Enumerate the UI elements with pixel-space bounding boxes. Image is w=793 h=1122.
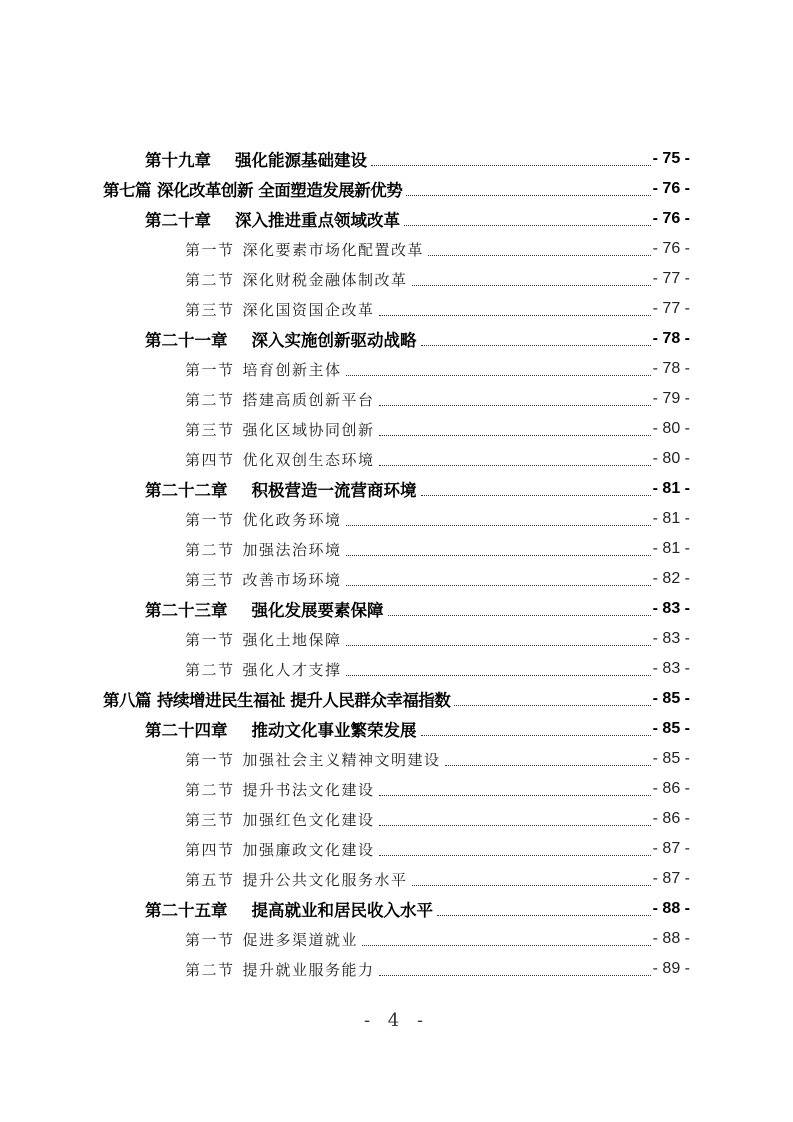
toc-entry-page: - 88 - (653, 930, 690, 948)
toc-entry-title: 第三节改善市场环境 (185, 569, 344, 590)
toc-entry-title: 第二十一章深入实施创新驱动战略 (145, 327, 419, 351)
toc-entry-title: 第一节培育创新主体 (185, 359, 344, 380)
dot-leader (445, 764, 651, 766)
toc-entry-title: 第二节搭建高质创新平台 (185, 389, 377, 410)
toc-entry-title: 第八篇持续增进民生福祉 提升人民群众幸福指数 (103, 687, 452, 711)
toc-entry[interactable]: 第二节强化人才支撑- 83 - (185, 654, 690, 684)
toc-entry-page: - 82 - (653, 570, 690, 588)
toc-entry[interactable]: 第二节提升就业服务能力- 89 - (185, 954, 690, 984)
toc-entry-page: - 76 - (653, 210, 690, 228)
toc-entry-title: 第二节提升就业服务能力 (185, 959, 377, 980)
toc-entry[interactable]: 第三节深化国资国企改革- 77 - (185, 294, 690, 324)
dot-leader (412, 284, 651, 286)
dot-leader (421, 494, 651, 496)
dot-leader (346, 644, 651, 646)
toc-entry-title: 第二节提升书法文化建设 (185, 779, 377, 800)
toc-entry[interactable]: 第五节提升公共文化服务水平- 87 - (185, 864, 690, 894)
dot-leader (454, 704, 650, 706)
dot-leader (379, 434, 651, 436)
toc-entry[interactable]: 第一节培育创新主体- 78 - (185, 354, 690, 384)
toc-entry-page: - 89 - (653, 960, 690, 978)
dot-leader (346, 584, 651, 586)
toc-entry-page: - 81 - (653, 540, 690, 558)
toc-entry[interactable]: 第一节深化要素市场化配置改革- 76 - (185, 234, 690, 264)
toc-entry[interactable]: 第二十章深入推进重点领域改革- 76 - (145, 204, 690, 234)
toc-entry-page: - 85 - (653, 750, 690, 768)
toc-entry-title: 第五节提升公共文化服务水平 (185, 869, 410, 890)
toc-entry[interactable]: 第二十一章深入实施创新驱动战略- 78 - (145, 324, 690, 354)
toc-entry[interactable]: 第一节促进多渠道就业- 88 - (185, 924, 690, 954)
toc-entry-page: - 81 - (653, 510, 690, 528)
dot-leader (379, 824, 651, 826)
dot-leader (346, 674, 651, 676)
toc-entry-title: 第四节优化双创生态环境 (185, 449, 377, 470)
toc-entry[interactable]: 第二节搭建高质创新平台- 79 - (185, 384, 690, 414)
dot-leader (379, 314, 651, 316)
toc-entry-title: 第十九章强化能源基础建设 (145, 147, 369, 171)
toc-entry-title: 第二十五章提高就业和居民收入水平 (145, 897, 435, 921)
toc-entry[interactable]: 第二节加强法治环境- 81 - (185, 534, 690, 564)
dot-leader (379, 464, 651, 466)
toc-entry-page: - 80 - (653, 420, 690, 438)
toc-entry-page: - 81 - (653, 480, 690, 498)
toc-entry-title: 第四节加强廉政文化建设 (185, 839, 377, 860)
toc-entry-title: 第一节深化要素市场化配置改革 (185, 239, 426, 260)
dot-leader (346, 524, 651, 526)
toc-entry[interactable]: 第三节强化区域协同创新- 80 - (185, 414, 690, 444)
toc-entry-page: - 85 - (653, 690, 690, 708)
dot-leader (412, 884, 651, 886)
toc-entry-title: 第七篇深化改革创新 全面塑造发展新优势 (103, 177, 404, 201)
dot-leader (362, 944, 651, 946)
toc-entry[interactable]: 第八篇持续增进民生福祉 提升人民群众幸福指数- 85 - (103, 684, 690, 714)
toc-entry[interactable]: 第二十二章积极营造一流营商环境- 81 - (145, 474, 690, 504)
toc-entry-page: - 85 - (653, 720, 690, 738)
dot-leader (379, 974, 651, 976)
dot-leader (428, 254, 651, 256)
toc-entry[interactable]: 第四节加强廉政文化建设- 87 - (185, 834, 690, 864)
toc-entry[interactable]: 第三节改善市场环境- 82 - (185, 564, 690, 594)
toc-entry-page: - 86 - (653, 810, 690, 828)
toc-entry[interactable]: 第一节优化政务环境- 81 - (185, 504, 690, 534)
page-number: - 4 - (0, 1010, 793, 1031)
toc-entry-page: - 86 - (653, 780, 690, 798)
dot-leader (388, 614, 651, 616)
dot-leader (346, 554, 651, 556)
toc-entry-page: - 83 - (653, 660, 690, 678)
toc-entry-title: 第三节强化区域协同创新 (185, 419, 377, 440)
dot-leader (437, 914, 651, 916)
dot-leader (404, 224, 651, 226)
toc-entry-title: 第一节优化政务环境 (185, 509, 344, 530)
dot-leader (379, 854, 651, 856)
toc-entry-page: - 78 - (653, 330, 690, 348)
toc-entry[interactable]: 第一节强化土地保障- 83 - (185, 624, 690, 654)
toc-entry-page: - 75 - (653, 150, 690, 168)
toc-entry[interactable]: 第二节提升书法文化建设- 86 - (185, 774, 690, 804)
toc-entry-page: - 88 - (653, 900, 690, 918)
toc-entry-title: 第二节强化人才支撑 (185, 659, 344, 680)
toc-entry-title: 第二节加强法治环境 (185, 539, 344, 560)
toc-entry[interactable]: 第一节加强社会主义精神文明建设- 85 - (185, 744, 690, 774)
toc-entry-page: - 78 - (653, 360, 690, 378)
toc-entry-page: - 87 - (653, 840, 690, 858)
toc-entry[interactable]: 第十九章强化能源基础建设- 75 - (145, 144, 690, 174)
dot-leader (379, 794, 651, 796)
toc-entry-title: 第二十四章推动文化事业繁荣发展 (145, 717, 419, 741)
toc-entry-page: - 76 - (653, 180, 690, 198)
toc-entry[interactable]: 第三节加强红色文化建设- 86 - (185, 804, 690, 834)
dot-leader (421, 344, 651, 346)
toc-entry-page: - 80 - (653, 450, 690, 468)
toc-entry-page: - 83 - (653, 600, 690, 618)
dot-leader (371, 164, 651, 166)
toc-entry-title: 第三节深化国资国企改革 (185, 299, 377, 320)
toc-entry[interactable]: 第二节深化财税金融体制改革- 77 - (185, 264, 690, 294)
toc-entry-page: - 77 - (653, 270, 690, 288)
toc-entry[interactable]: 第七篇深化改革创新 全面塑造发展新优势- 76 - (103, 174, 690, 204)
toc-entry[interactable]: 第二十三章强化发展要素保障- 83 - (145, 594, 690, 624)
dot-leader (406, 194, 650, 196)
toc-entry-page: - 83 - (653, 630, 690, 648)
dot-leader (346, 374, 651, 376)
toc-entry-title: 第一节强化土地保障 (185, 629, 344, 650)
toc-entry-page: - 77 - (653, 300, 690, 318)
toc-entry-title: 第一节加强社会主义精神文明建设 (185, 749, 443, 770)
toc-entry-title: 第三节加强红色文化建设 (185, 809, 377, 830)
dot-leader (421, 734, 651, 736)
toc-entry[interactable]: 第二十五章提高就业和居民收入水平- 88 - (145, 894, 690, 924)
toc-entry-page: - 87 - (653, 870, 690, 888)
toc-entry-title: 第二十章深入推进重点领域改革 (145, 207, 402, 231)
toc-entry[interactable]: 第四节优化双创生态环境- 80 - (185, 444, 690, 474)
toc-entry-title: 第二节深化财税金融体制改革 (185, 269, 410, 290)
toc-entry[interactable]: 第二十四章推动文化事业繁荣发展- 85 - (145, 714, 690, 744)
dot-leader (379, 404, 651, 406)
toc-entry-page: - 79 - (653, 390, 690, 408)
toc-entry-page: - 76 - (653, 240, 690, 258)
toc-entry-title: 第二十三章强化发展要素保障 (145, 597, 386, 621)
toc-entry-title: 第一节促进多渠道就业 (185, 929, 360, 950)
toc-entry-title: 第二十二章积极营造一流营商环境 (145, 477, 419, 501)
